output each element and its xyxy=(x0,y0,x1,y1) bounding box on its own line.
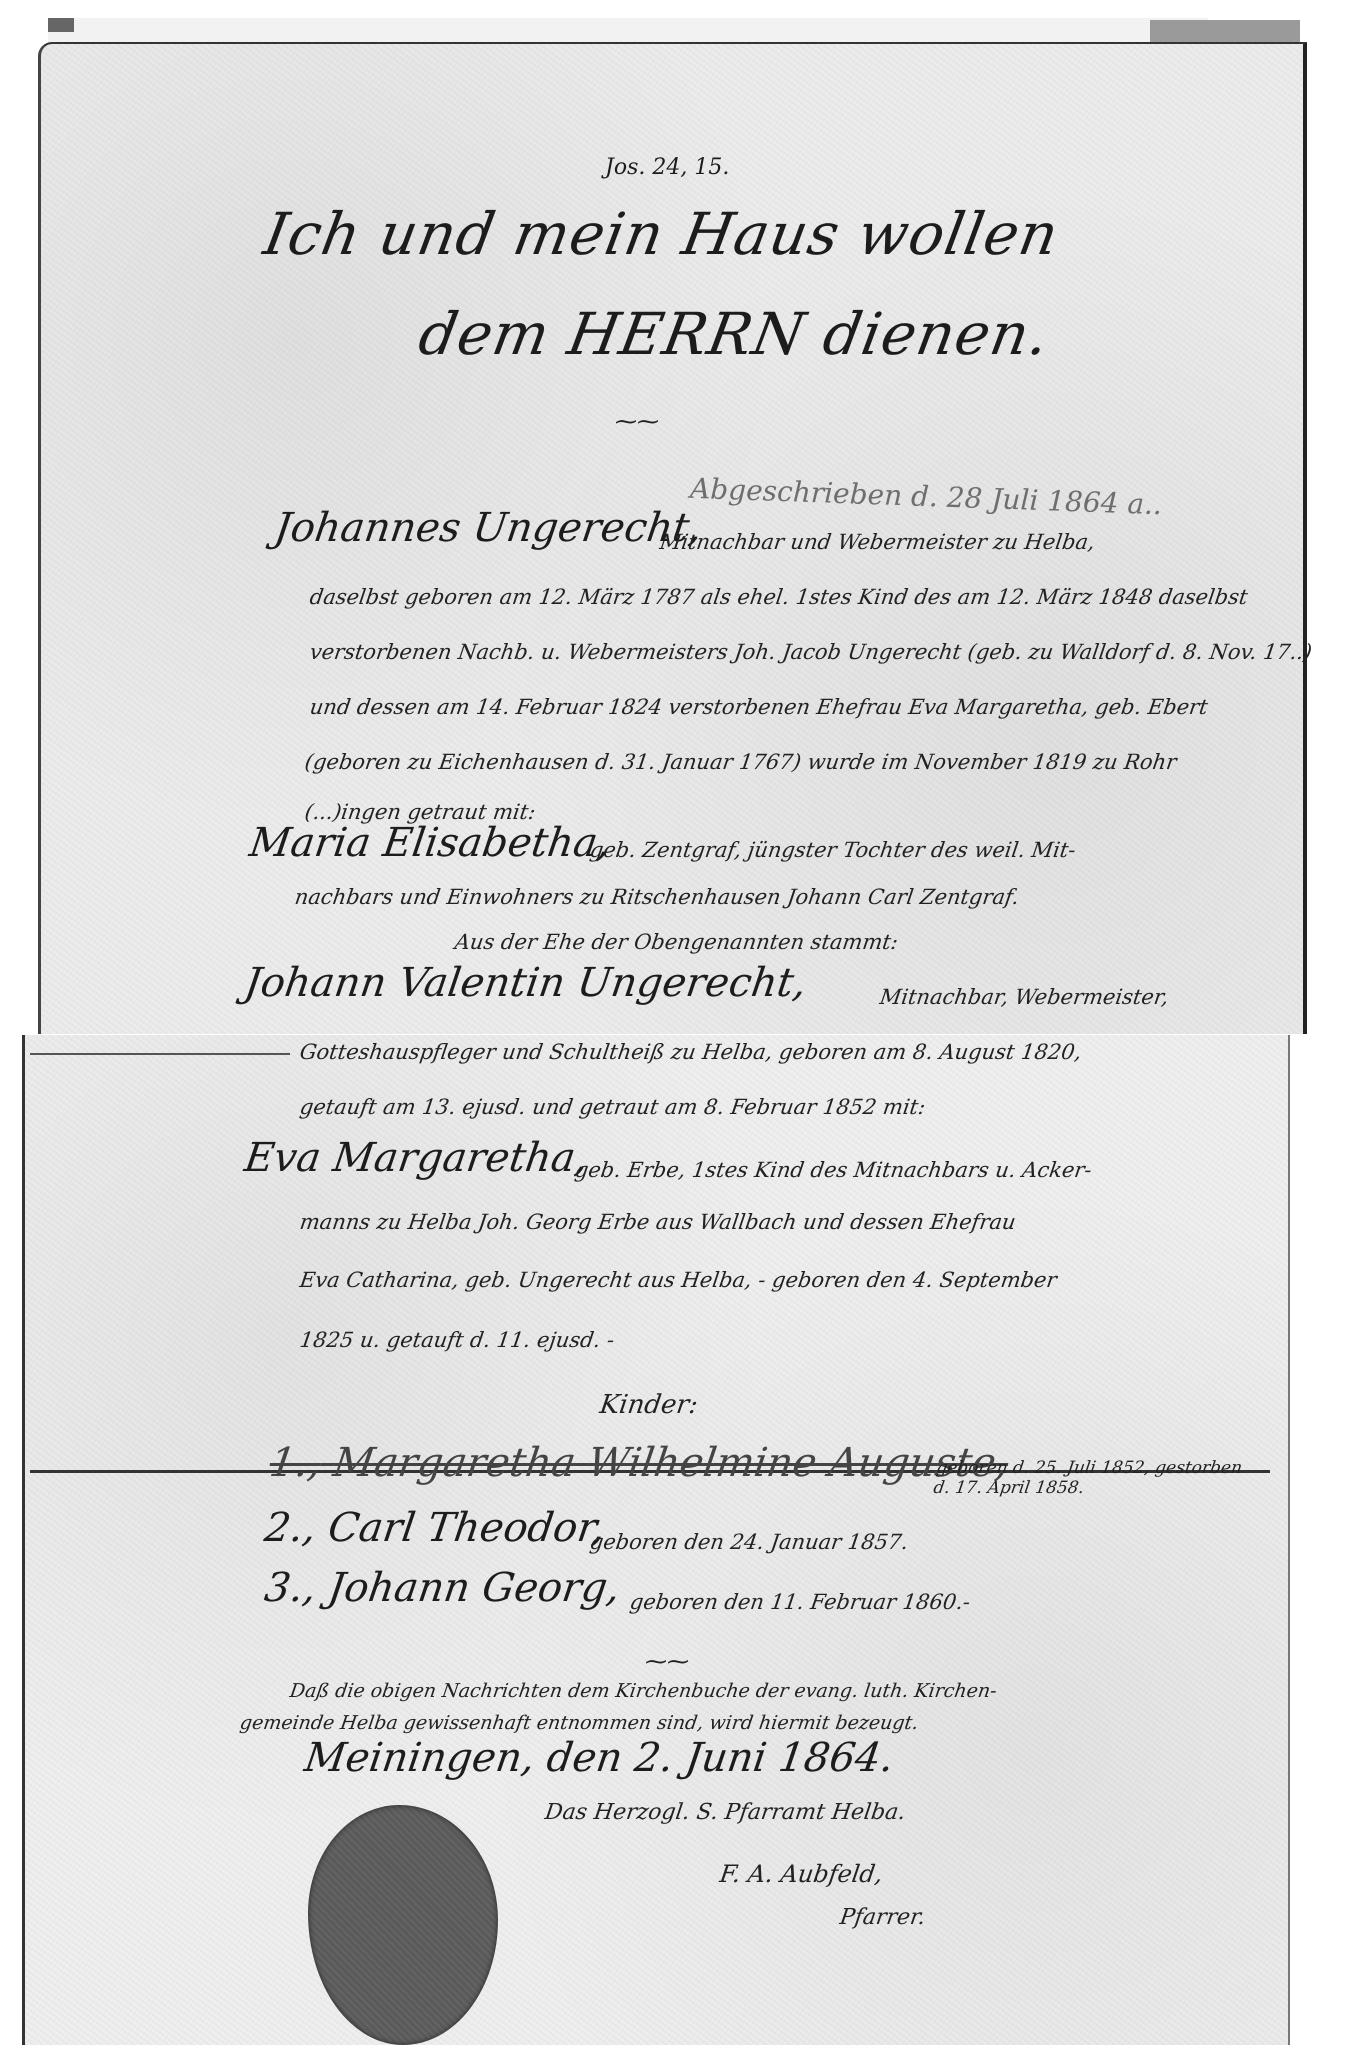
hoh-line-2: daselbst geboren am 12. März 1787 als eh… xyxy=(308,585,1249,609)
child-3-details: geboren den 11. Februar 1860.- xyxy=(628,1590,971,1614)
children-heading: Kinder: xyxy=(598,1390,700,1420)
tape-shadow-left xyxy=(48,18,74,32)
child-3-name: Johann Georg, xyxy=(325,1565,623,1611)
child-2-details: geboren den 24. Januar 1857. xyxy=(588,1530,909,1554)
ornament-divider-icon: ⁓⁓ xyxy=(615,410,659,435)
hoh-line-3: verstorbenen Nachb. u. Webermeisters Joh… xyxy=(308,640,1313,664)
child-2-name: Carl Theodor, xyxy=(325,1505,608,1551)
motto-line-2: dem HERRN dienen. xyxy=(414,300,1055,368)
margin-line xyxy=(30,1053,290,1055)
ornament-divider-icon: ⁓⁓ xyxy=(645,1650,689,1675)
head-of-household-name: Johannes Ungerecht, xyxy=(272,505,705,551)
child-1-name: Margaretha Wilhelmine Auguste, xyxy=(330,1440,1011,1486)
child-2-number: 2., xyxy=(262,1505,319,1551)
attestation-line-1: Daß die obigen Nachrichten dem Kirchenbu… xyxy=(288,1680,998,1702)
place-date: Meiningen, den 2. Juni 1864. xyxy=(302,1735,897,1781)
first-wife-name: Maria Elisabetha, xyxy=(247,820,614,866)
child-3-entry: 3., Johann Georg, xyxy=(262,1565,623,1611)
hoh-line-4: und dessen am 14. Februar 1824 verstorbe… xyxy=(308,695,1209,719)
son-wife-name: Eva Margaretha, xyxy=(242,1135,591,1181)
child-3-number: 3., xyxy=(262,1565,319,1611)
motto-line-1: Ich und mein Haus wollen xyxy=(259,200,1064,268)
hoh-line-5: (geboren zu Eichenhausen d. 31. Januar 1… xyxy=(303,750,1178,774)
son-wife-line-4: 1825 u. getauft d. 11. ejusd. - xyxy=(298,1328,616,1352)
first-wife-line-2: nachbars und Einwohners zu Ritschenhause… xyxy=(293,885,1020,909)
son-wife-line-1: geb. Erbe, 1stes Kind des Mitnachbars u.… xyxy=(573,1158,1093,1182)
torn-top-edge xyxy=(48,18,1208,45)
son-name: Johann Valentin Ungerecht, xyxy=(242,960,810,1006)
child-1-details: geboren d. 25. Juli 1852, gestorben d. 1… xyxy=(932,1458,1248,1498)
scripture-reference: Jos. 24, 15. xyxy=(605,155,729,180)
issuer: Das Herzogl. S. Pfarramt Helba. xyxy=(543,1800,907,1825)
son-line-2: Gotteshauspfleger und Schultheiß zu Helb… xyxy=(298,1040,1083,1064)
son-wife-line-3: Eva Catharina, geb. Ungerecht aus Helba,… xyxy=(298,1268,1058,1292)
son-line-1: Mitnachbar, Webermeister, xyxy=(878,985,1170,1009)
son-line-3: getauft am 13. ejusd. und getraut am 8. … xyxy=(298,1095,927,1119)
signature: F. A. Aubfeld, xyxy=(718,1860,885,1888)
child-1-entry: 1., Margaretha Wilhelmine Auguste, xyxy=(267,1440,1012,1486)
child-2-entry: 2., Carl Theodor, xyxy=(262,1505,608,1551)
attestation-line-2: gemeinde Helba gewissenhaft entnommen si… xyxy=(238,1712,919,1734)
signature-title: Pfarrer. xyxy=(838,1905,927,1930)
transition-line: Aus der Ehe der Obengenannten stammt: xyxy=(453,930,899,954)
son-wife-line-2: manns zu Helba Joh. Georg Erbe aus Wallb… xyxy=(298,1210,1017,1234)
first-wife-line-1: geb. Zentgraf, jüngster Tochter des weil… xyxy=(588,838,1077,862)
child-1-number: 1., xyxy=(267,1440,324,1486)
hoh-line-1: Mitnachbar und Webermeister zu Helba, xyxy=(658,530,1096,554)
